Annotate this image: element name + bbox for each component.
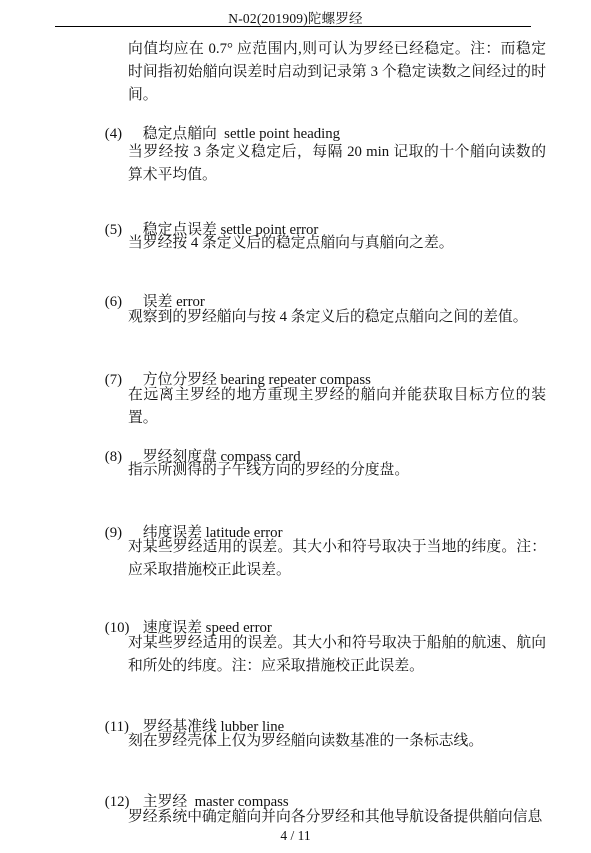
item-body-5: 当罗经按 4 条定义后的稳定点艏向与真艏向之差。 — [128, 232, 546, 255]
item-body-9: 对某些罗经适用的误差。其大小和符号取决于当地的纬度。注：应采取措施校正此误差。 — [128, 536, 546, 582]
item-body-12: 罗经系统中确定艏向并向各分罗经和其他导航设备提供艏向信息 — [128, 806, 546, 829]
header-divider — [55, 26, 531, 27]
intro-paragraph: 向值均应在 0.7° 应范围内,则可认为罗经已经稳定。注：而稳定时间指初始艏向误… — [128, 38, 546, 107]
document-page: N-02(201909)陀螺罗经 向值均应在 0.7° 应范围内,则可认为罗经已… — [0, 0, 591, 853]
header-title: N-02(201909)陀螺罗经 — [228, 11, 362, 26]
page-header: N-02(201909)陀螺罗经 — [0, 7, 591, 27]
item-title: 稳定点艏向 settle point heading — [143, 126, 340, 142]
page-number: 4 / 11 — [0, 828, 591, 844]
item-body-8: 指示所测得的子午线方向的罗经的分度盘。 — [128, 459, 546, 482]
item-body-6: 观察到的罗经艏向与按 4 条定义后的稳定点艏向之间的差值。 — [128, 306, 546, 329]
item-body-4: 当罗经按 3 条定义稳定后，每隔 20 min 记取的十个艏向读数的算术平均值。 — [128, 141, 546, 187]
item-body-11: 刻在罗经壳体上仅为罗经艏向读数基准的一条标志线。 — [128, 730, 546, 753]
item-body-10: 对某些罗经适用的误差。其大小和符号取决于船舶的航速、航向和所处的纬度。注：应采取… — [128, 632, 546, 678]
